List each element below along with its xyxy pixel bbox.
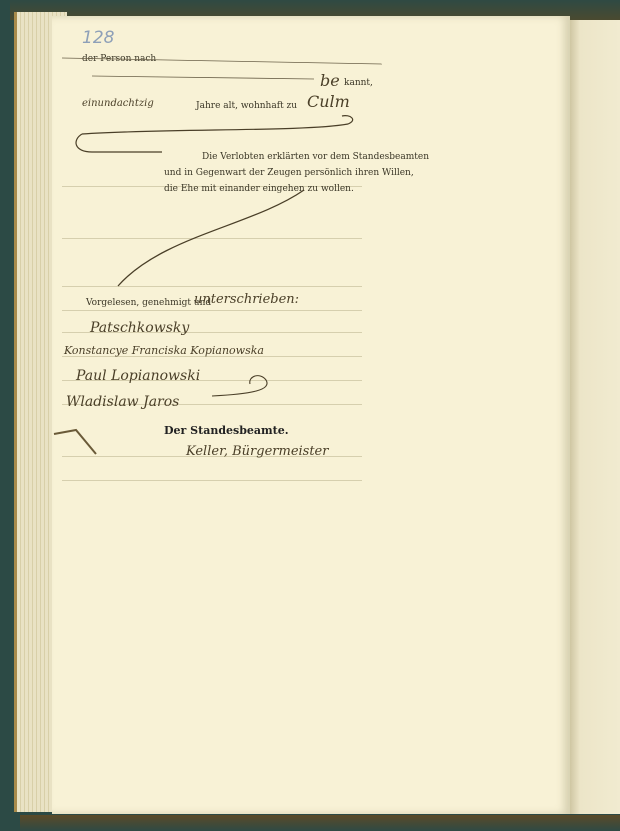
book-cover-bottom bbox=[20, 815, 620, 831]
facing-page bbox=[570, 20, 620, 814]
ink-flourishes bbox=[52, 16, 570, 814]
register-page: 128 der Person nach be kannt, einundacht… bbox=[52, 16, 570, 814]
